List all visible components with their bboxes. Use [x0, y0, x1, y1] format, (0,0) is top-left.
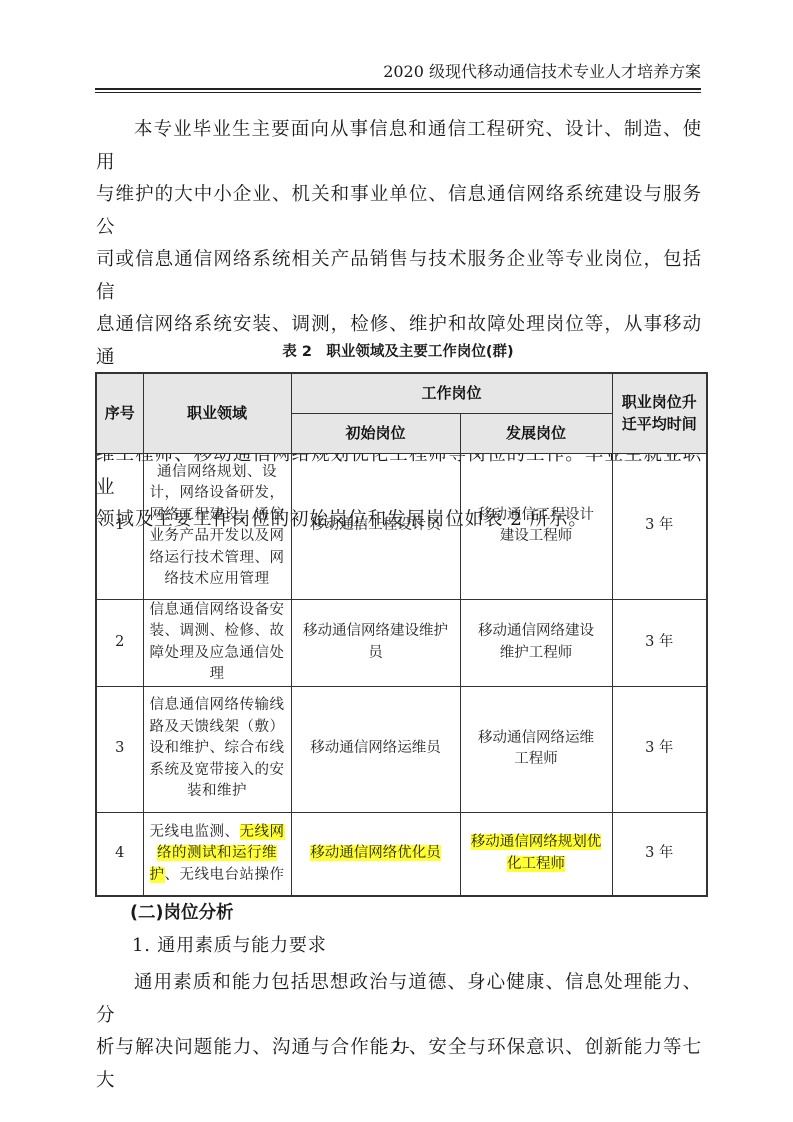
header-positions: 工作岗位 — [291, 373, 612, 413]
row-index: 4 — [96, 812, 143, 896]
row-initial-position: 移动通信网络优化员 — [291, 812, 460, 896]
row-domain: 无线电监测、无线网络的测试和运行维护、无线电台站操作 — [143, 812, 291, 896]
row-time: 3 年 — [612, 686, 707, 812]
row-development-position: 移动通信网络规划优化工程师 — [460, 812, 612, 896]
intro-line: 与维护的大中小企业、机关和事业单位、信息通信网络系统建设与服务公 — [96, 179, 702, 244]
row-initial-position: 移动通信网络运维员 — [291, 686, 460, 812]
row-domain: 信息通信网络传输线路及天馈线架（敷）设和维护、综合布线系统及宽带接入的安装和维护 — [143, 686, 291, 812]
row-development-position: 移动通信工程设计建设工程师 — [460, 453, 612, 599]
page-number: - 2 - — [0, 1040, 793, 1055]
header-promotion-time: 职业岗位升迁平均时间 — [612, 373, 707, 453]
table-caption: 表 2 职业领域及主要工作岗位(群) — [95, 342, 701, 362]
row-domain: 信息通信网络设备安装、调测、检修、故障处理及应急通信处理 — [143, 599, 291, 686]
row-index: 1 — [96, 453, 143, 599]
section-paragraph: 通用素质和能力包括思想政治与道德、身心健康、信息处理能力、分 析与解决问题能力、… — [96, 967, 702, 1097]
row-index: 3 — [96, 686, 143, 812]
domain-text: 、无线电台站操作 — [165, 867, 285, 883]
row-index: 2 — [96, 599, 143, 686]
career-positions-table: 序号 职业领域 工作岗位 职业岗位升迁平均时间 初始岗位 发展岗位 1 通信网络… — [95, 372, 708, 897]
section-heading: (二)岗位分析 — [130, 900, 234, 926]
row-domain: 通信网络规划、设计，网络设备研发，网络工程建设，通信业务产品开发以及网络运行技术… — [143, 453, 291, 599]
header-index: 序号 — [96, 373, 143, 453]
header-development-position: 发展岗位 — [460, 413, 612, 453]
header-domain: 职业领域 — [143, 373, 291, 453]
domain-text: 无线电监测、 — [150, 824, 240, 840]
row-initial-position: 移动通信网络建设维护员 — [291, 599, 460, 686]
row-time: 3 年 — [612, 812, 707, 896]
intro-line: 司或信息通信网络系统相关产品销售与技术服务企业等专业岗位，包括信 — [96, 244, 702, 309]
highlighted-development-position: 移动通信网络规划优化工程师 — [471, 834, 602, 872]
table-row: 2 信息通信网络设备安装、调测、检修、故障处理及应急通信处理 移动通信网络建设维… — [96, 599, 707, 686]
table-row: 3 信息通信网络传输线路及天馈线架（敷）设和维护、综合布线系统及宽带接入的安装和… — [96, 686, 707, 812]
header-double-rule — [95, 88, 701, 93]
row-development-position: 移动通信网络建设维护工程师 — [460, 599, 612, 686]
page-header-title: 2020 级现代移动通信技术专业人才培养方案 — [95, 62, 701, 86]
header-initial-position: 初始岗位 — [291, 413, 460, 453]
table-row: 4 无线电监测、无线网络的测试和运行维护、无线电台站操作 移动通信网络优化员 移… — [96, 812, 707, 896]
row-initial-position: 移动通信工程设计员 — [291, 453, 460, 599]
section-line: 通用素质和能力包括思想政治与道德、身心健康、信息处理能力、分 — [96, 967, 702, 1032]
row-development-position: 移动通信网络运维工程师 — [460, 686, 612, 812]
highlighted-initial-position: 移动通信网络优化员 — [310, 845, 441, 861]
table-row: 1 通信网络规划、设计，网络设备研发，网络工程建设，通信业务产品开发以及网络运行… — [96, 453, 707, 599]
row-time: 3 年 — [612, 599, 707, 686]
intro-line: 本专业毕业生主要面向从事信息和通信工程研究、设计、制造、使用 — [96, 114, 702, 179]
subsection-heading: 1. 通用素质与能力要求 — [132, 933, 327, 959]
row-time: 3 年 — [612, 453, 707, 599]
